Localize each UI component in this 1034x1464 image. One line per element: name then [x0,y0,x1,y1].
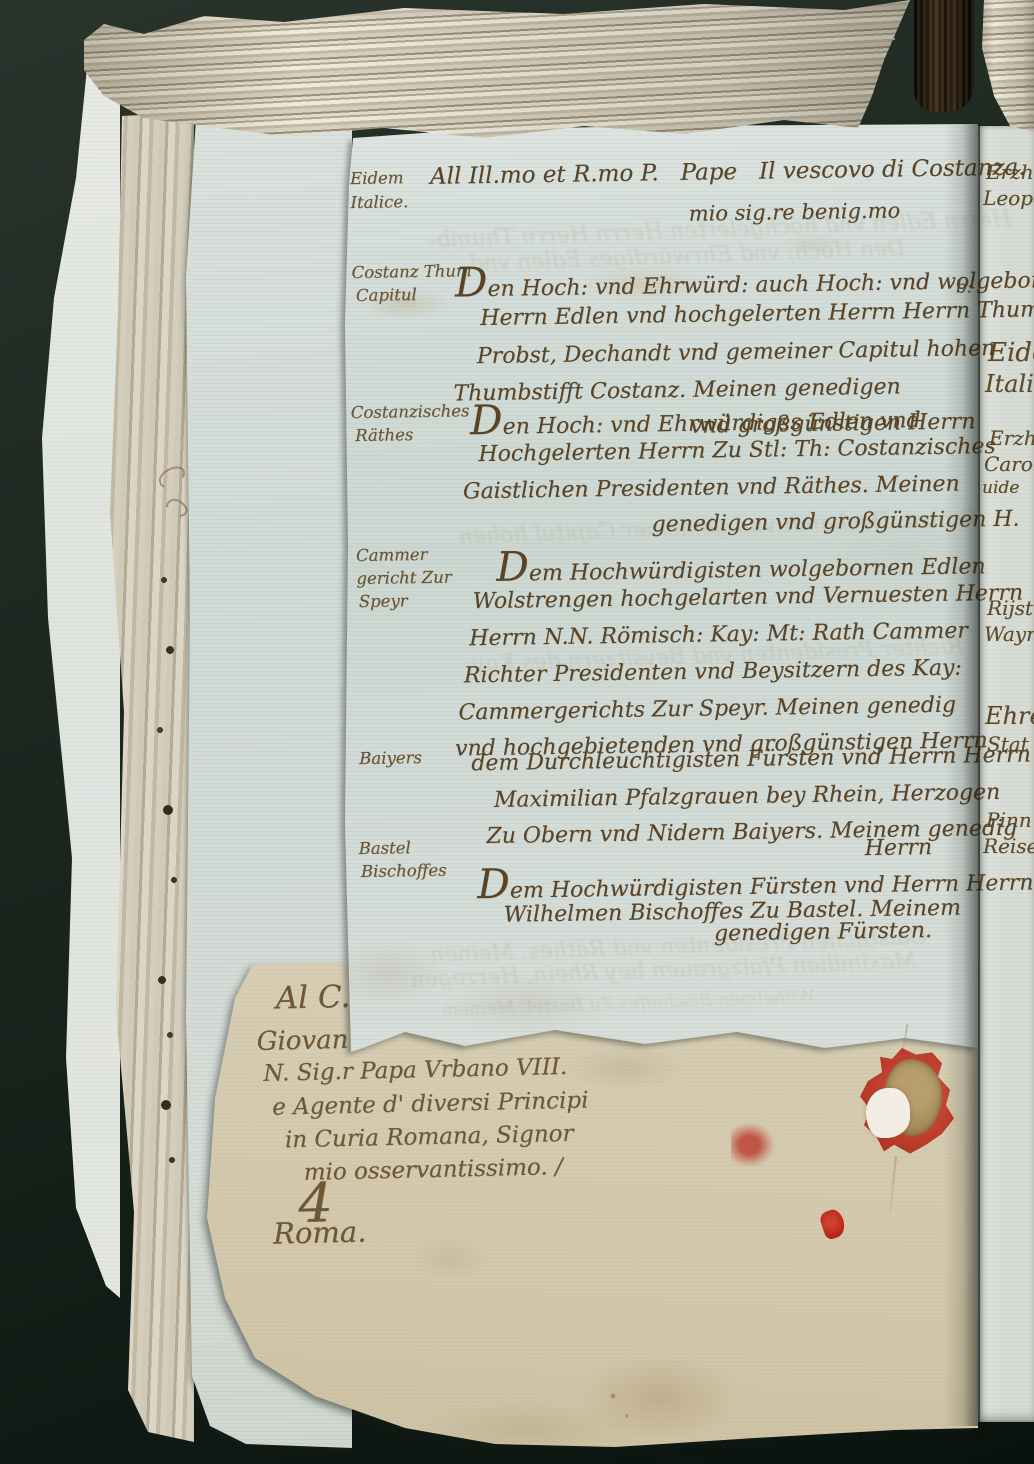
page-fragment-line: Itali [985,370,1034,398]
letter-sheet [345,124,978,1052]
left-page-edge-white-sheet [36,58,120,1298]
next-page-fragments: Erzhw Leopol Eide Itali Erzh Carol uide … [978,126,1034,1422]
page-fragment-line: Reise [983,834,1034,858]
page-fragment-line: Leopol [983,186,1034,210]
page-fragment-line: Eide [988,338,1034,368]
dust-speck [868,18,871,21]
page-fragment-line: Pinn [986,808,1032,832]
manuscript-photo: Erzhw Leopol Eide Itali Erzh Carol uide … [0,0,1034,1464]
dust-speck [893,38,895,40]
page-fragment-line: Erzhw [986,160,1034,184]
page-fragment-line: Ehrenb [985,702,1034,730]
page-fragment-line: Carol [984,452,1034,476]
page-fragment-line: uide [982,478,1019,498]
page-fragment-line: Rijst [987,596,1033,620]
seal-hole [866,1088,910,1139]
page-fragment-line: Erzh [989,426,1034,450]
left-page-edges-strips [108,112,194,1442]
book-spine [914,0,974,112]
page-fragment-line: Wayr [984,622,1034,646]
red-smudge [731,1122,775,1166]
page-fragment-line: Stat [987,732,1029,756]
page-stack-top [84,0,910,142]
page-stack-top-right [980,0,1034,132]
wax-seal [854,1048,954,1158]
